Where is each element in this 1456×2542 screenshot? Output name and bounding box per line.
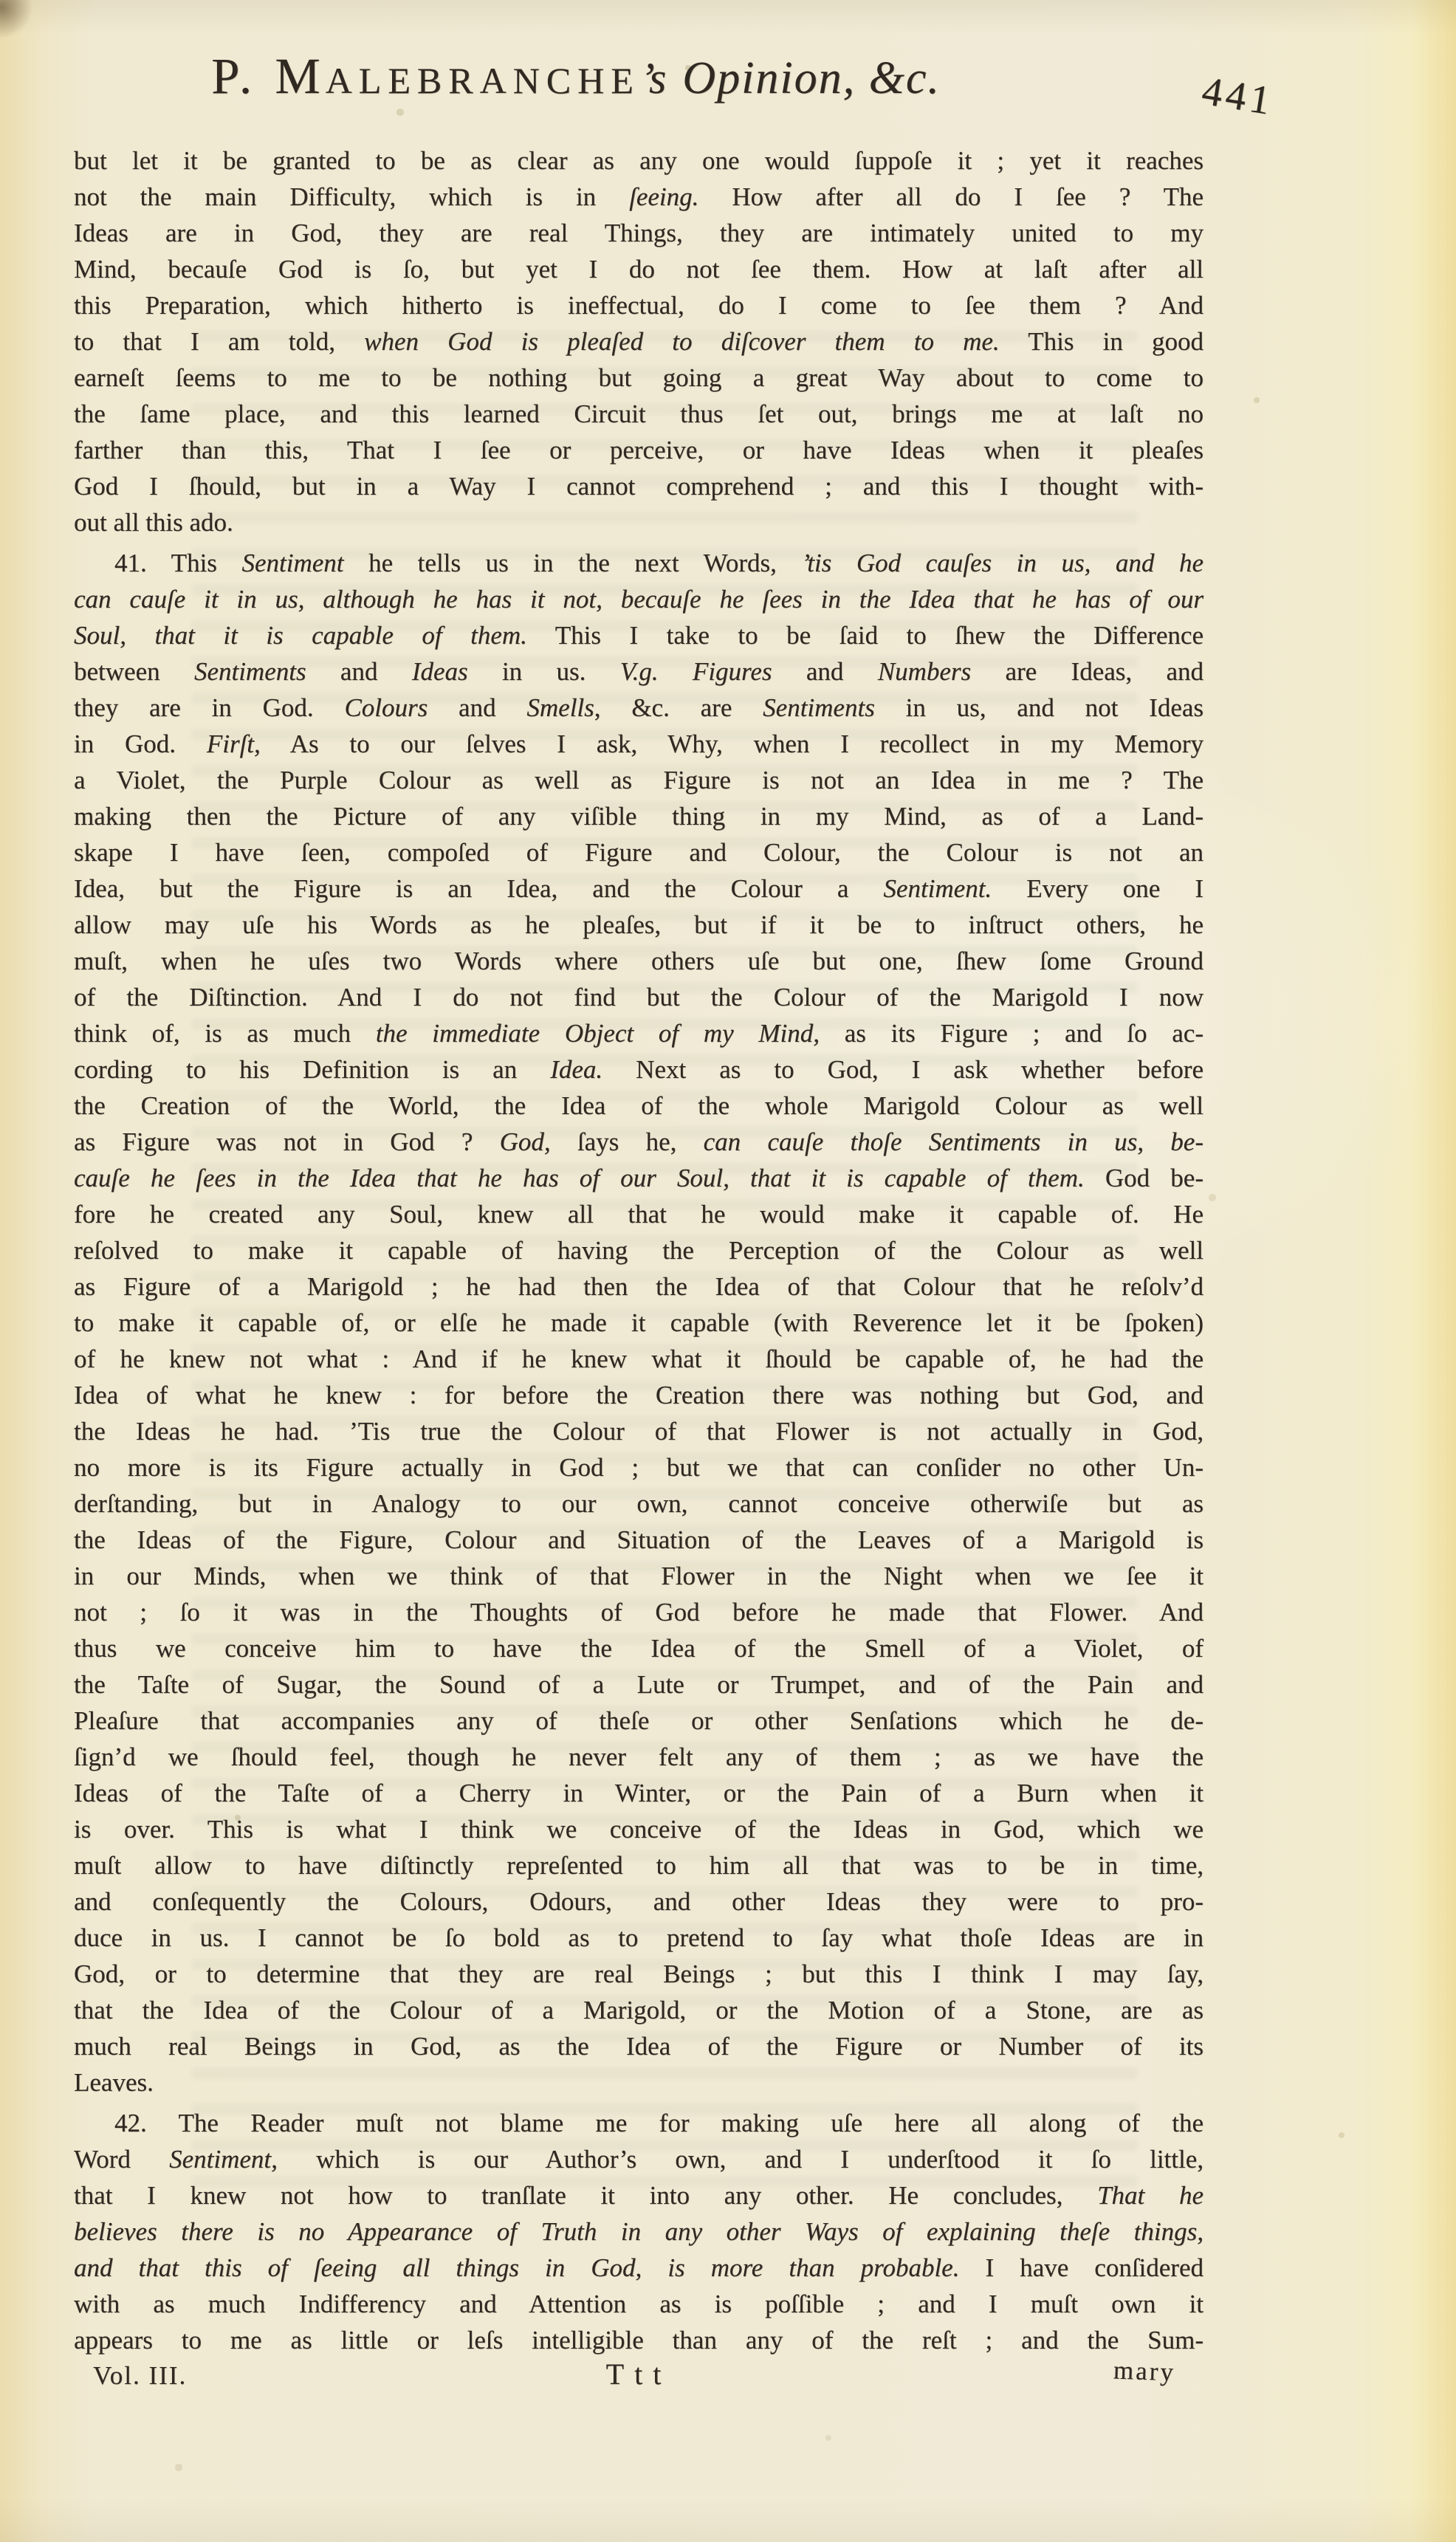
text-segment: farther than this, That I ſee or perceiv… xyxy=(74,436,1203,464)
text-segment: in God. xyxy=(74,729,207,758)
text-line: in our Minds, when we think of that Flow… xyxy=(74,1558,1203,1594)
text-segment: but let it be granted to be as clear as … xyxy=(74,146,1203,175)
text-line: muſt allow to have diſtinctly repreſente… xyxy=(74,1847,1203,1883)
text-segment-italic: Sentiment, xyxy=(169,2145,278,2174)
text-segment: the ſame place, and this learned Circuit… xyxy=(74,399,1203,428)
text-segment: cording to his Definition is an xyxy=(74,1055,550,1084)
text-line: duce in us. I cannot be ſo bold as to pr… xyxy=(74,1920,1203,1956)
page-footer: Vol. III. Ttt mary xyxy=(74,2357,1203,2408)
text-segment: in us. xyxy=(468,657,620,686)
text-line: Idea, but the Figure is an Idea, and the… xyxy=(74,870,1203,907)
text-line: the Creation of the World, the Idea of t… xyxy=(74,1088,1203,1124)
text-segment: earneſt ſeems to me to be nothing but go… xyxy=(74,363,1203,392)
text-segment: This I take to be ſaid to ſhew the Diffe… xyxy=(527,621,1203,650)
text-segment: Idea, but the Figure is an Idea, and the… xyxy=(74,874,883,903)
text-line: and conſequently the Colours, Odours, an… xyxy=(74,1883,1203,1920)
text-segment-italic: ’tis God cauſes in us, and he xyxy=(801,549,1203,577)
text-line: of he knew not what : And if he knew wha… xyxy=(74,1341,1203,1377)
text-segment: Mind, becauſe God is ſo, but yet I do no… xyxy=(74,255,1203,284)
text-line: that the Idea of the Colour of a Marigol… xyxy=(74,1992,1203,2028)
text-segment: God, or to determine that they are real … xyxy=(74,1959,1203,1988)
text-segment: no more is its Figure actually in God ; … xyxy=(74,1453,1203,1482)
text-line: that I knew not how to tranſlate it into… xyxy=(74,2177,1203,2213)
text-line: is over. This is what I think we conceiv… xyxy=(74,1811,1203,1847)
text-segment: which is our Author’s own, and I underſt… xyxy=(278,2145,1203,2174)
text-segment-italic: can cauſe thoſe Sentiments in us, be- xyxy=(704,1127,1203,1156)
text-segment-italic: Ideas xyxy=(412,657,468,686)
text-segment: 42. The Reader muſt not blame me for mak… xyxy=(114,2109,1203,2137)
text-segment-italic: Smells xyxy=(526,693,594,722)
text-line: the Ideas he had. ’Tis true the Colour o… xyxy=(74,1413,1203,1449)
header-title-caps: P. M xyxy=(211,48,326,104)
text-segment: and conſequently the Colours, Odours, an… xyxy=(74,1887,1203,1916)
text-line: think of, is as much the immediate Objec… xyxy=(74,1015,1203,1051)
text-line: earneſt ſeems to me to be nothing but go… xyxy=(74,360,1203,396)
text-line: the Ideas of the Figure, Colour and Situ… xyxy=(74,1522,1203,1558)
text-segment: making then the Picture of any viſible t… xyxy=(74,802,1203,831)
text-segment-italic: Idea. xyxy=(550,1055,602,1084)
text-segment-italic: cauſe he ſees in the Idea that he has of… xyxy=(74,1164,1085,1192)
text-line: making then the Picture of any viſible t… xyxy=(74,798,1203,834)
text-segment: as Figure was not in God ? xyxy=(74,1127,500,1156)
text-segment-italic: Sentiments xyxy=(763,693,875,722)
text-segment: between xyxy=(74,657,194,686)
text-segment: the Creation of the World, the Idea of t… xyxy=(74,1091,1203,1120)
text-line: Word Sentiment, which is our Author’s ow… xyxy=(74,2141,1203,2177)
text-line: the Taſte of Sugar, the Sound of a Lute … xyxy=(74,1666,1203,1703)
text-line: appears to me as little or leſs intellig… xyxy=(74,2322,1203,2358)
text-segment: I have conſidered xyxy=(959,2253,1203,2282)
text-line: ſign’d we ſhould feel, though he never f… xyxy=(74,1739,1203,1775)
text-segment: in us, and not Ideas xyxy=(875,693,1203,722)
text-line: God, or to determine that they are real … xyxy=(74,1956,1203,1992)
text-line: this Preparation, which hitherto is inef… xyxy=(74,287,1203,323)
text-segment: in our Minds, when we think of that Flow… xyxy=(74,1562,1203,1590)
text-segment: that I knew not how to tranſlate it into… xyxy=(74,2181,1097,2210)
text-segment: Leaves. xyxy=(74,2068,154,2097)
text-segment: and xyxy=(427,693,526,722)
text-segment: duce in us. I cannot be ſo bold as to pr… xyxy=(74,1923,1203,1952)
text-segment-italic: Numbers xyxy=(878,657,971,686)
text-line: cauſe he ſees in the Idea that he has of… xyxy=(74,1160,1203,1196)
text-line: Soul, that it is capable of them. This I… xyxy=(74,617,1203,653)
text-segment: with as much Indifferency and Attention … xyxy=(74,2289,1203,2318)
text-line: much real Beings in God, as the Idea of … xyxy=(74,2028,1203,2064)
text-segment: ſign’d we ſhould feel, though he never f… xyxy=(74,1742,1203,1771)
text-line: believes there is no Appearance of Truth… xyxy=(74,2213,1203,2250)
text-line: to that I am told, when God is pleaſed t… xyxy=(74,323,1203,360)
text-segment: out all this ado. xyxy=(74,508,233,537)
text-segment: allow may uſe his Words as he pleaſes, b… xyxy=(74,910,1203,939)
volume-label: Vol. III. xyxy=(93,2361,187,2391)
text-line: the ſame place, and this learned Circuit… xyxy=(74,396,1203,432)
running-header: P. MALEBRANCHE’sOpinion, &c. xyxy=(74,47,1203,106)
text-segment-italic: can cauſe it in us, although he has it n… xyxy=(74,585,1203,614)
text-segment: as Figure of a Marigold ; he had then th… xyxy=(74,1272,1203,1301)
header-title-italic: Opinion, &c. xyxy=(682,53,940,103)
text-segment: As to our ſelves I ask, Why, when I reco… xyxy=(261,729,1203,758)
text-line: no more is its Figure actually in God ; … xyxy=(74,1449,1203,1485)
text-segment: as its Figure ; and ſo ac- xyxy=(820,1019,1203,1048)
text-line: derſtanding, but in Analogy to our own, … xyxy=(74,1485,1203,1522)
text-line: in God. Firſt, As to our ſelves I ask, W… xyxy=(74,726,1203,762)
text-segment: Next as to God, I ask whether before xyxy=(602,1055,1203,1084)
text-line: cording to his Definition is an Idea. Ne… xyxy=(74,1051,1203,1088)
text-segment-italic: Sentiments xyxy=(194,657,306,686)
text-segment: not the main Difficulty, which is in xyxy=(74,182,629,211)
text-segment: Every one I xyxy=(992,874,1203,903)
text-segment: to that I am told, xyxy=(74,327,364,356)
text-segment: think of, is as much xyxy=(74,1019,376,1048)
text-line: farther than this, That I ſee or perceiv… xyxy=(74,432,1203,468)
text-line: not the main Difficulty, which is in ſee… xyxy=(74,179,1203,215)
text-segment: fore he created any Soul, knew all that … xyxy=(74,1200,1203,1229)
text-line: a Violet, the Purple Colour as well as F… xyxy=(74,762,1203,798)
text-segment: and xyxy=(306,657,412,686)
catchword: mary xyxy=(1113,2356,1175,2388)
text-segment-italic: ſeeing. xyxy=(629,182,698,211)
text-segment-italic: Firſt, xyxy=(207,729,261,758)
text-line: Mind, becauſe God is ſo, but yet I do no… xyxy=(74,251,1203,287)
text-line: as Figure of a Marigold ; he had then th… xyxy=(74,1268,1203,1305)
text-line: Leaves. xyxy=(74,2064,1203,2100)
text-line: allow may uſe his Words as he pleaſes, b… xyxy=(74,907,1203,943)
text-line: to make it capable of, or elſe he made i… xyxy=(74,1305,1203,1341)
text-line: but let it be granted to be as clear as … xyxy=(74,142,1203,179)
text-segment: , &c. are xyxy=(594,693,763,722)
text-line: Pleaſure that accompanies any of theſe o… xyxy=(74,1703,1203,1739)
text-line: skape I have ſeen, compoſed of Figure an… xyxy=(74,834,1203,870)
text-segment: the Taſte of Sugar, the Sound of a Lute … xyxy=(74,1670,1203,1699)
text-segment: This in good xyxy=(1000,327,1203,356)
text-segment-italic: God, xyxy=(500,1127,551,1156)
text-line: with as much Indifferency and Attention … xyxy=(74,2286,1203,2322)
text-line: of the Diſtinction. And I do not find bu… xyxy=(74,979,1203,1015)
text-segment: reſolved to make it capable of having th… xyxy=(74,1236,1203,1265)
text-segment: Pleaſure that accompanies any of theſe o… xyxy=(74,1706,1203,1735)
text-segment: 41. This xyxy=(114,549,241,577)
text-line: not ; ſo it was in the Thoughts of God b… xyxy=(74,1594,1203,1630)
text-line: Ideas are in God, they are real Things, … xyxy=(74,215,1203,251)
text-segment: he tells us in the next Words, xyxy=(344,549,802,577)
text-line: between Sentiments and Ideas in us. V.g.… xyxy=(74,653,1203,690)
text-segment: appears to me as little or leſs intellig… xyxy=(74,2326,1203,2354)
text-segment-italic: when God is pleaſed to diſcover them to … xyxy=(364,327,1000,356)
text-line: 42. The Reader muſt not blame me for mak… xyxy=(74,2105,1203,2141)
book-page: P. MALEBRANCHE’sOpinion, &c. 441 but let… xyxy=(0,0,1456,2542)
text-segment-italic: V.g. Figures xyxy=(620,657,772,686)
text-segment: are Ideas, and xyxy=(971,657,1203,686)
text-line: Idea of what he knew : for before the Cr… xyxy=(74,1377,1203,1413)
text-segment: not ; ſo it was in the Thoughts of God b… xyxy=(74,1598,1203,1626)
text-segment: of he knew not what : And if he knew wha… xyxy=(74,1344,1203,1373)
text-line: reſolved to make it capable of having th… xyxy=(74,1232,1203,1268)
text-segment: ſays he, xyxy=(551,1127,704,1156)
text-line: fore he created any Soul, knew all that … xyxy=(74,1196,1203,1232)
text-line: muſt, when he uſes two Words where other… xyxy=(74,943,1203,979)
text-segment-italic: Soul, that it is capable of them. xyxy=(74,621,527,650)
text-block: but let it be granted to be as clear as … xyxy=(74,142,1203,2358)
text-segment: muſt, when he uſes two Words where other… xyxy=(74,947,1203,975)
text-segment: God be- xyxy=(1085,1164,1203,1192)
text-line: can cauſe it in us, although he has it n… xyxy=(74,581,1203,617)
text-segment: derſtanding, but in Analogy to our own, … xyxy=(74,1489,1203,1518)
text-line: thus we conceive him to have the Idea of… xyxy=(74,1630,1203,1666)
text-line: God I ſhould, but in a Way I cannot comp… xyxy=(74,468,1203,504)
text-segment: muſt allow to have diſtinctly repreſente… xyxy=(74,1851,1203,1880)
text-segment: they are in God. xyxy=(74,693,344,722)
text-line: 41. This Sentiment he tells us in the ne… xyxy=(74,545,1203,581)
text-segment-italic: Colours xyxy=(344,693,427,722)
text-segment-italic: believes there is no Appearance of Truth… xyxy=(74,2217,1203,2246)
text-segment-italic: That he xyxy=(1097,2181,1203,2210)
header-title-smallcaps: ALEBRANCHE xyxy=(326,60,640,101)
text-segment: God I ſhould, but in a Way I cannot comp… xyxy=(74,472,1203,501)
text-segment-italic: Sentiment xyxy=(241,549,343,577)
text-segment: thus we conceive him to have the Idea of… xyxy=(74,1634,1203,1663)
text-line: as Figure was not in God ? God, ſays he,… xyxy=(74,1124,1203,1160)
text-segment: Ideas of the Taſte of a Cherry in Winter… xyxy=(74,1779,1203,1807)
text-segment: the Ideas of the Figure, Colour and Situ… xyxy=(74,1525,1203,1554)
text-segment: is over. This is what I think we conceiv… xyxy=(74,1815,1203,1844)
text-segment: Ideas are in God, they are real Things, … xyxy=(74,219,1203,247)
text-line: out all this ado. xyxy=(74,504,1203,540)
text-line: they are in God. Colours and Smells, &c.… xyxy=(74,690,1203,726)
text-segment: a Violet, the Purple Colour as well as F… xyxy=(74,766,1203,794)
text-segment: Idea of what he knew : for before the Cr… xyxy=(74,1381,1203,1409)
text-segment: and xyxy=(772,657,878,686)
text-segment: skape I have ſeen, compoſed of Figure an… xyxy=(74,838,1203,867)
gathering-signature: Ttt xyxy=(606,2357,672,2391)
text-segment: much real Beings in God, as the Idea of … xyxy=(74,2032,1203,2061)
text-segment: Word xyxy=(74,2145,169,2174)
text-line: Ideas of the Taſte of a Cherry in Winter… xyxy=(74,1775,1203,1811)
text-segment: to make it capable of, or elſe he made i… xyxy=(74,1308,1203,1337)
text-segment: the Ideas he had. ’Tis true the Colour o… xyxy=(74,1417,1203,1446)
header-title-possessive: ’s xyxy=(640,54,667,103)
paper-specks xyxy=(0,0,3,3)
page-number: 441 xyxy=(1199,67,1277,124)
text-segment: of the Diſtinction. And I do not find bu… xyxy=(74,983,1203,1011)
text-segment: this Preparation, which hitherto is inef… xyxy=(74,291,1203,320)
text-segment: How after all do I ſee ? The xyxy=(698,182,1203,211)
text-segment: that the Idea of the Colour of a Marigol… xyxy=(74,1996,1203,2024)
text-segment-italic: Sentiment. xyxy=(883,874,992,903)
text-segment-italic: and that this of ſeeing all things in Go… xyxy=(74,2253,959,2282)
text-segment-italic: the immediate Object of my Mind, xyxy=(376,1019,820,1048)
text-line: and that this of ſeeing all things in Go… xyxy=(74,2250,1203,2286)
